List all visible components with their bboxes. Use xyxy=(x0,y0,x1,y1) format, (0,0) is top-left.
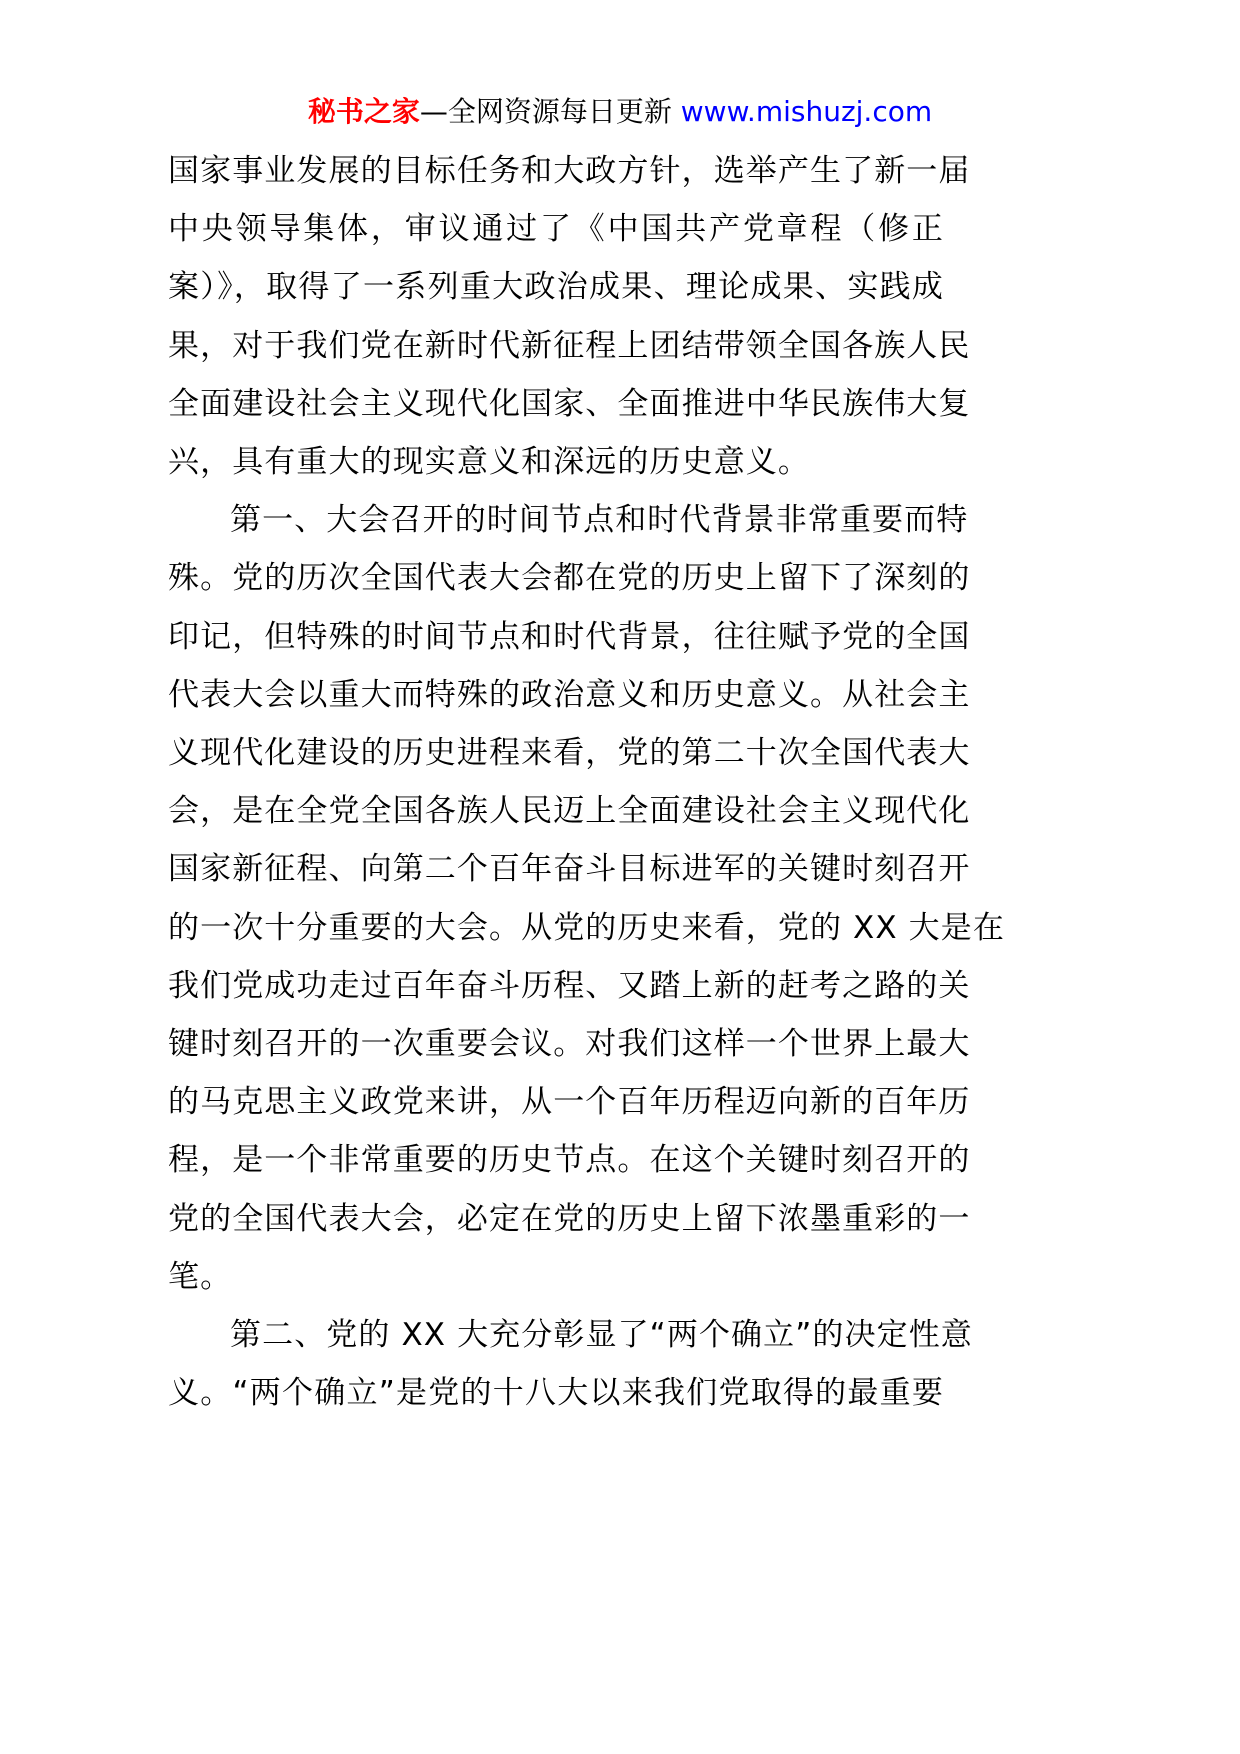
document-body: 国家事业发展的目标任务和大政方针，选举产生了新一届 中央领导集体，审议通过了《中… xyxy=(168,142,944,1422)
text-line: 键时刻召开的一次重要会议。对我们这样一个世界上最大 xyxy=(168,1015,944,1073)
text-line: 笔。 xyxy=(168,1248,944,1306)
text-line: 兴，具有重大的现实意义和深远的历史意义。 xyxy=(168,433,944,491)
brand-name: 秘书之家 xyxy=(308,95,420,128)
paragraph-point-two: 第二、党的 XX 大充分彰显了“两个确立”的决定性意 义。“两个确立”是党的十八… xyxy=(168,1306,944,1422)
text-line-indented: 第一、大会召开的时间节点和时代背景非常重要而特 xyxy=(168,491,944,549)
site-url-link[interactable]: www.mishuzj.com xyxy=(681,95,932,128)
text-line: 我们党成功走过百年奋斗历程、又踏上新的赶考之路的关 xyxy=(168,957,944,1015)
paragraph-intro-continuation: 国家事业发展的目标任务和大政方针，选举产生了新一届 中央领导集体，审议通过了《中… xyxy=(168,142,944,491)
site-header: 秘书之家—全网资源每日更新 www.mishuzj.com xyxy=(0,90,1240,134)
text-line: 中央领导集体，审议通过了《中国共产党章程（修正 xyxy=(168,200,944,258)
paragraph-point-one: 第一、大会召开的时间节点和时代背景非常重要而特 殊。党的历次全国代表大会都在党的… xyxy=(168,491,944,1306)
text-line: 案）》，取得了一系列重大政治成果、理论成果、实践成 xyxy=(168,258,944,316)
text-line: 果，对于我们党在新时代新征程上团结带领全国各族人民 xyxy=(168,317,944,375)
text-line: 国家事业发展的目标任务和大政方针，选举产生了新一届 xyxy=(168,142,944,200)
text-line: 程，是一个非常重要的历史节点。在这个关键时刻召开的 xyxy=(168,1131,944,1189)
text-line: 的一次十分重要的大会。从党的历史来看，党的 XX 大是在 xyxy=(168,899,944,957)
text-line: 殊。党的历次全国代表大会都在党的历史上留下了深刻的 xyxy=(168,549,944,607)
text-line: 会，是在全党全国各族人民迈上全面建设社会主义现代化 xyxy=(168,782,944,840)
text-line: 印记，但特殊的时间节点和时代背景，往往赋予党的全国 xyxy=(168,608,944,666)
text-line-indented: 第二、党的 XX 大充分彰显了“两个确立”的决定性意 xyxy=(168,1306,944,1364)
text-line: 义。“两个确立”是党的十八大以来我们党取得的最重要 xyxy=(168,1364,944,1422)
text-line: 全面建设社会主义现代化国家、全面推进中华民族伟大复 xyxy=(168,375,944,433)
text-line: 党的全国代表大会，必定在党的历史上留下浓墨重彩的一 xyxy=(168,1190,944,1248)
text-line: 的马克思主义政党来讲，从一个百年历程迈向新的百年历 xyxy=(168,1073,944,1131)
text-line: 国家新征程、向第二个百年奋斗目标进军的关键时刻召开 xyxy=(168,840,944,898)
text-line: 义现代化建设的历史进程来看，党的第二十次全国代表大 xyxy=(168,724,944,782)
text-line: 代表大会以重大而特殊的政治意义和历史意义。从社会主 xyxy=(168,666,944,724)
header-slogan: —全网资源每日更新 xyxy=(420,95,681,128)
